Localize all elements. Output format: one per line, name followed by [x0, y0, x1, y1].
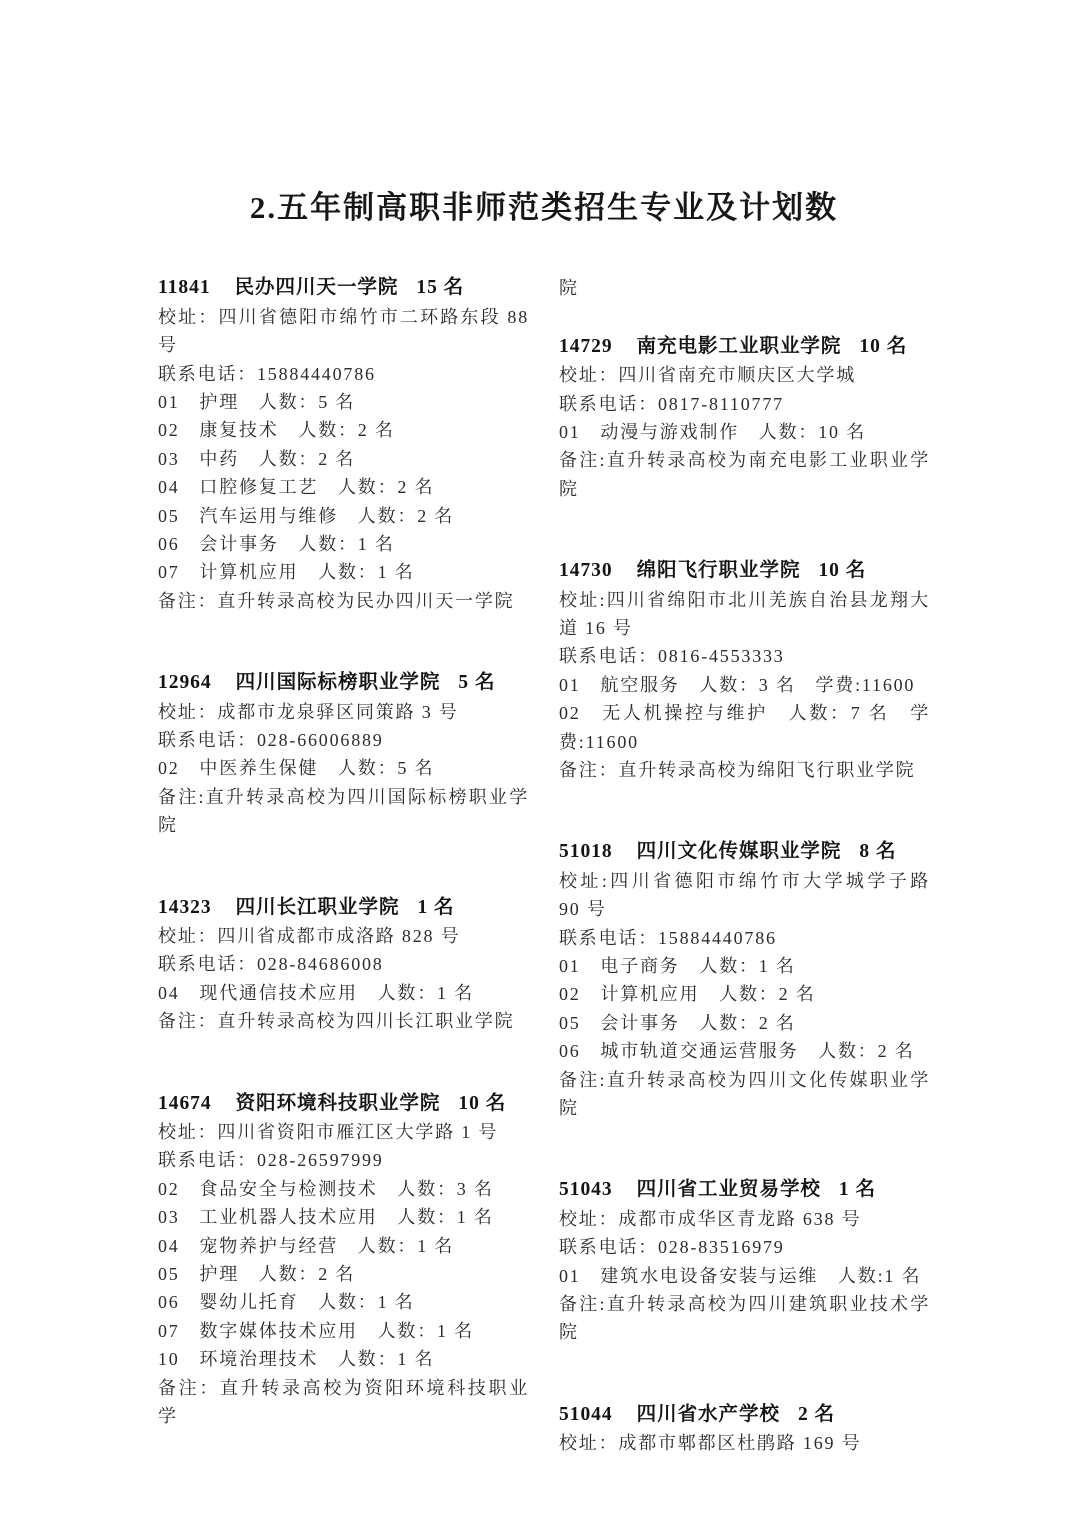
school-quota: 1 名 [839, 1179, 876, 1200]
school-detail-line: 01 航空服务 人数：3 名 学费:11600 [559, 671, 930, 699]
school-detail-line: 06 城市轨道交通运营服务 人数：2 名 [559, 1037, 930, 1065]
school-name: 四川文化传媒职业学院 [637, 841, 842, 862]
school-code: 14323 [158, 897, 212, 918]
school-block-14674: 14674资阳环境科技职业学院10 名校址：四川省资阳市雁江区大学路 1 号联系… [158, 1090, 529, 1431]
school-detail-line: 校址:四川省绵阳市北川羌族自治县龙翔大道 16 号 [559, 586, 930, 643]
school-detail-line: 01 建筑水电设备安装与运维 人数:1 名 [559, 1262, 930, 1290]
school-detail-line: 校址：四川省成都市成洛路 828 号 [158, 922, 529, 950]
school-name: 四川省水产学校 [637, 1404, 780, 1425]
school-quota: 8 名 [859, 841, 896, 862]
school-detail-line: 04 宠物养护与经营 人数：1 名 [158, 1232, 529, 1260]
school-detail-line: 04 现代通信技术应用 人数：1 名 [158, 979, 529, 1007]
document-page: 2.五年制高职非师范类招生专业及计划数 11841民办四川天一学院15 名校址：… [0, 0, 1080, 1527]
school-detail-line: 07 数字媒体技术应用 人数：1 名 [158, 1317, 529, 1345]
school-block-14729: 14729南充电影工业职业学院10 名校址：四川省南充市顺庆区大学城联系电话：0… [559, 333, 930, 503]
school-detail-line: 校址：四川省德阳市绵竹市二环路东段 88 号 [158, 303, 529, 360]
school-name: 四川省工业贸易学校 [637, 1179, 821, 1200]
school-detail-line: 01 电子商务 人数：1 名 [559, 952, 930, 980]
school-block-51044: 51044四川省水产学校2 名校址：成都市郫都区杜鹃路 169 号 [559, 1401, 930, 1458]
school-header: 11841民办四川天一学院15 名 [158, 274, 529, 302]
school-code: 12964 [158, 672, 212, 693]
school-detail-line: 05 护理 人数：2 名 [158, 1260, 529, 1288]
school-detail-line: 备注:直升转录高校为四川国际标榜职业学院 [158, 783, 529, 840]
school-detail-line: 07 计算机应用 人数：1 名 [158, 558, 529, 586]
school-name: 民办四川天一学院 [235, 277, 399, 298]
school-name: 四川国际标榜职业学院 [236, 672, 441, 693]
school-header: 14674资阳环境科技职业学院10 名 [158, 1090, 529, 1118]
school-detail-line: 校址：成都市龙泉驿区同策路 3 号 [158, 698, 529, 726]
school-detail-line: 备注:直升转录高校为南充电影工业职业学院 [559, 446, 930, 503]
school-detail-line: 备注:直升转录高校为四川文化传媒职业学院 [559, 1066, 930, 1123]
school-block-12964: 12964四川国际标榜职业学院5 名校址：成都市龙泉驿区同策路 3 号联系电话：… [158, 669, 529, 839]
school-detail-line: 04 口腔修复工艺 人数：2 名 [158, 473, 529, 501]
school-detail-line: 02 康复技术 人数：2 名 [158, 416, 529, 444]
school-header: 51044四川省水产学校2 名 [559, 1401, 930, 1429]
school-detail-line: 10 环境治理技术 人数：1 名 [158, 1345, 529, 1373]
school-detail-line: 03 工业机器人技术应用 人数：1 名 [158, 1203, 529, 1231]
school-detail-line: 备注：直升转录高校为资阳环境科技职业学 [158, 1374, 529, 1431]
school-detail-line: 05 会计事务 人数：2 名 [559, 1009, 930, 1037]
two-column-layout: 11841民办四川天一学院15 名校址：四川省德阳市绵竹市二环路东段 88 号联… [158, 274, 930, 1457]
school-code: 14729 [559, 336, 613, 357]
school-name: 资阳环境科技职业学院 [236, 1093, 441, 1114]
school-code: 51043 [559, 1179, 613, 1200]
school-detail-line: 校址:四川省德阳市绵竹市大学城学子路 90 号 [559, 867, 930, 924]
school-code: 14730 [559, 560, 613, 581]
school-detail-line: 02 食品安全与检测技术 人数：3 名 [158, 1175, 529, 1203]
school-header: 14729南充电影工业职业学院10 名 [559, 333, 930, 361]
school-detail-line: 联系电话：028-83516979 [559, 1233, 930, 1261]
continuation-line: 院 [559, 274, 930, 302]
school-detail-line: 06 婴幼儿托育 人数：1 名 [158, 1288, 529, 1316]
school-detail-line: 联系电话：028-66006889 [158, 726, 529, 754]
school-detail-line: 校址：成都市郫都区杜鹃路 169 号 [559, 1429, 930, 1457]
school-detail-line: 备注：直升转录高校为四川长江职业学院 [158, 1007, 529, 1035]
school-block-14730: 14730绵阳飞行职业学院10 名校址:四川省绵阳市北川羌族自治县龙翔大道 16… [559, 557, 930, 784]
school-header: 51043四川省工业贸易学校1 名 [559, 1176, 930, 1204]
school-detail-line: 校址：四川省资阳市雁江区大学路 1 号 [158, 1118, 529, 1146]
column-right: 院14729南充电影工业职业学院10 名校址：四川省南充市顺庆区大学城联系电话：… [559, 274, 930, 1457]
school-detail-line: 联系电话：15884440786 [559, 924, 930, 952]
school-quota: 1 名 [417, 897, 454, 918]
school-detail-line: 01 护理 人数：5 名 [158, 388, 529, 416]
school-detail-line: 备注：直升转录高校为绵阳飞行职业学院 [559, 756, 930, 784]
school-quota: 2 名 [798, 1404, 835, 1425]
school-header: 14730绵阳飞行职业学院10 名 [559, 557, 930, 585]
school-block-51018: 51018四川文化传媒职业学院8 名校址:四川省德阳市绵竹市大学城学子路 90 … [559, 838, 930, 1122]
school-detail-line: 备注：直升转录高校为民办四川天一学院 [158, 587, 529, 615]
school-detail-line: 校址：四川省南充市顺庆区大学城 [559, 361, 930, 389]
school-detail-line: 联系电话：028-26597999 [158, 1146, 529, 1174]
school-detail-line: 06 会计事务 人数：1 名 [158, 530, 529, 558]
school-header: 14323四川长江职业学院1 名 [158, 894, 529, 922]
column-left: 11841民办四川天一学院15 名校址：四川省德阳市绵竹市二环路东段 88 号联… [158, 274, 529, 1430]
school-detail-line: 02 计算机应用 人数：2 名 [559, 980, 930, 1008]
school-name: 绵阳飞行职业学院 [637, 560, 801, 581]
school-detail-line: 联系电话：0817-8110777 [559, 390, 930, 418]
school-detail-line: 03 中药 人数：2 名 [158, 445, 529, 473]
school-name: 四川长江职业学院 [236, 897, 400, 918]
school-detail-line: 02 中医养生保健 人数：5 名 [158, 754, 529, 782]
school-quota: 10 名 [818, 560, 866, 581]
school-code: 14674 [158, 1093, 212, 1114]
school-detail-line: 校址：成都市成华区青龙路 638 号 [559, 1205, 930, 1233]
school-detail-line: 联系电话：028-84686008 [158, 950, 529, 978]
school-block-11841: 11841民办四川天一学院15 名校址：四川省德阳市绵竹市二环路东段 88 号联… [158, 274, 529, 615]
school-code: 51044 [559, 1404, 613, 1425]
school-block-51043: 51043四川省工业贸易学校1 名校址：成都市成华区青龙路 638 号联系电话：… [559, 1176, 930, 1346]
school-detail-line: 联系电话：15884440786 [158, 360, 529, 388]
school-detail-line: 05 汽车运用与维修 人数：2 名 [158, 502, 529, 530]
page-title: 2.五年制高职非师范类招生专业及计划数 [158, 188, 930, 228]
school-detail-line: 备注:直升转录高校为四川建筑职业技术学院 [559, 1290, 930, 1347]
school-detail-line: 联系电话：0816-4553333 [559, 642, 930, 670]
school-name: 南充电影工业职业学院 [637, 336, 842, 357]
school-quota: 15 名 [416, 277, 464, 298]
school-quota: 10 名 [458, 1093, 506, 1114]
school-block-14323: 14323四川长江职业学院1 名校址：四川省成都市成洛路 828 号联系电话：0… [158, 894, 529, 1036]
school-code: 51018 [559, 841, 613, 862]
school-quota: 10 名 [859, 336, 907, 357]
school-detail-line: 01 动漫与游戏制作 人数：10 名 [559, 418, 930, 446]
school-header: 12964四川国际标榜职业学院5 名 [158, 669, 529, 697]
school-quota: 5 名 [458, 672, 495, 693]
school-detail-line: 02 无人机操控与维护 人数：7 名 学费:11600 [559, 699, 930, 756]
school-code: 11841 [158, 277, 211, 298]
school-header: 51018四川文化传媒职业学院8 名 [559, 838, 930, 866]
